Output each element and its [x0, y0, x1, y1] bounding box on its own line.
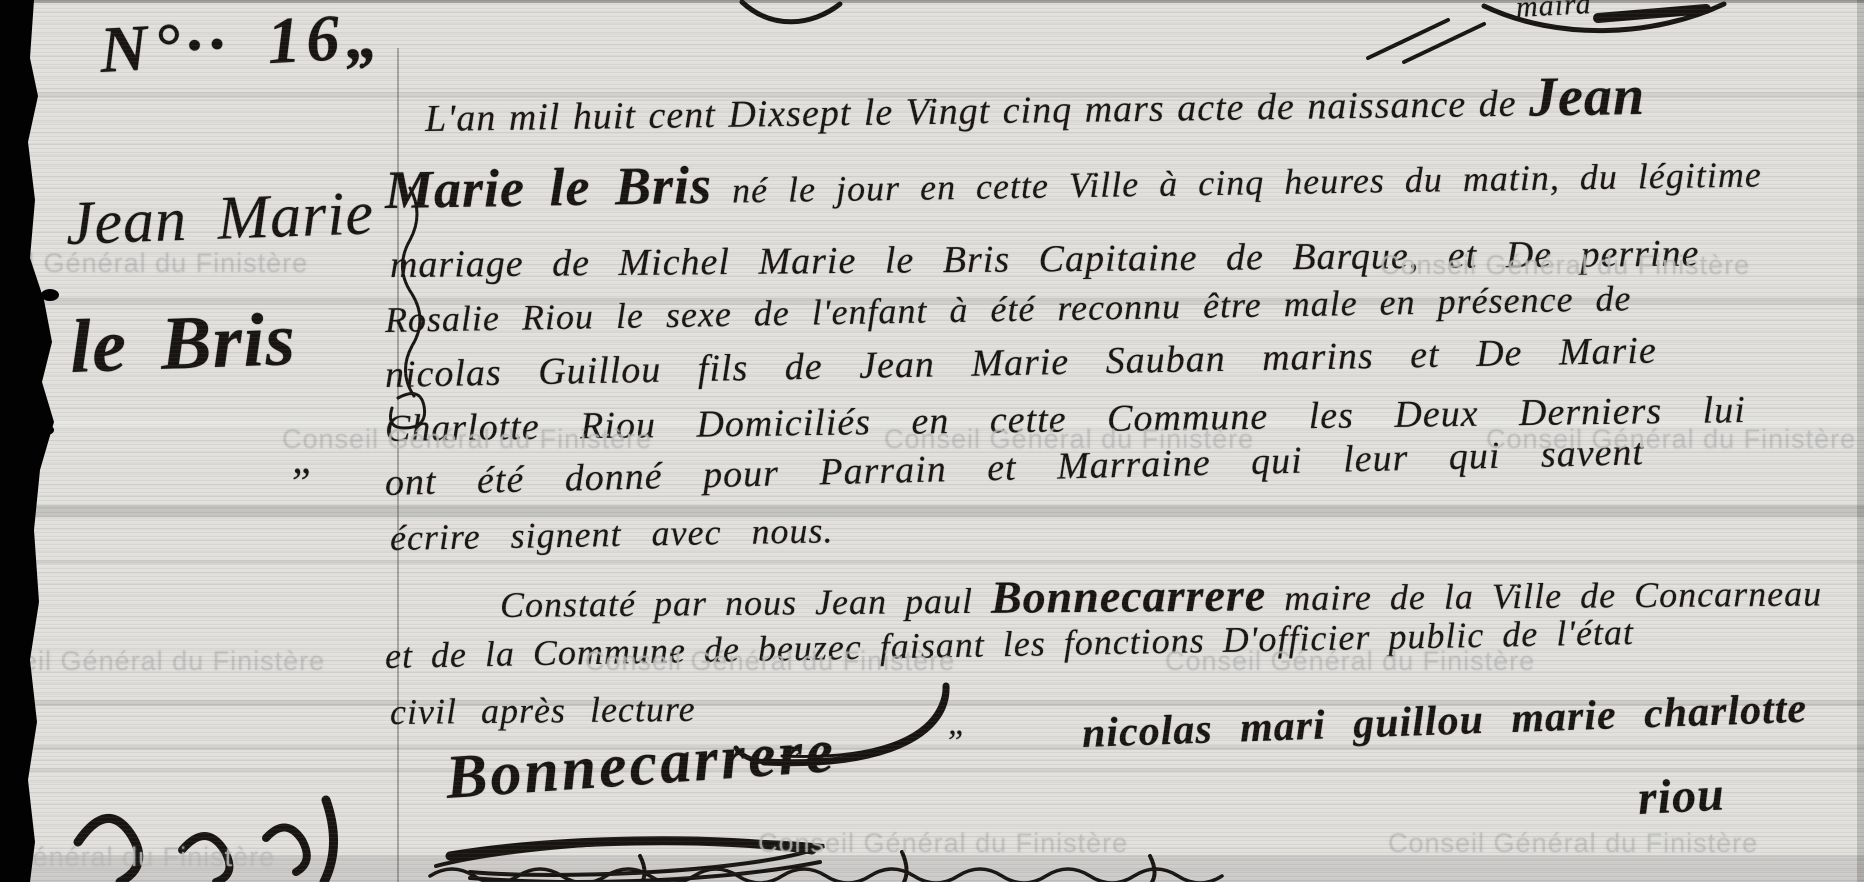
next-record-stroke-3 — [266, 827, 307, 872]
act-line-3: mariage de Michel Marie le Bris Capitain… — [390, 235, 1700, 286]
torn-edge-blob — [40, 425, 54, 435]
next-record-stroke-4 — [324, 800, 334, 882]
next-line-tops — [430, 869, 1222, 882]
next-line-ascender-3 — [1150, 856, 1155, 882]
birth-name-rest: Marie le Bris — [385, 155, 713, 220]
act-line-5: nicolas Guillou fils de Jean Marie Sauba… — [385, 332, 1658, 396]
record-number: N°·· 16„ — [98, 1, 386, 85]
top-edge-scribble: maird — [1515, 0, 1592, 23]
act-line-8: écrire signent avec nous. — [390, 512, 834, 558]
flourish-top-heavy-bar — [1598, 9, 1706, 18]
margin-name-line2: le Bris — [69, 300, 297, 388]
flourish-top-curve — [742, 2, 840, 22]
act-line-11: civil après lecture — [390, 691, 696, 732]
margin-ditto-mark: „ — [292, 438, 316, 482]
closing-quote-right: „ — [948, 706, 968, 742]
archive-watermark: Conseil Général du Finistère — [0, 646, 325, 677]
official-signature: Bonnecarrere — [444, 719, 838, 811]
torn-edge-blob — [41, 289, 59, 301]
scan-band — [0, 768, 1864, 772]
act-line-4: Rosalie Riou le sexe de l'enfant à été r… — [385, 280, 1632, 340]
act-line-2-text: né le jour en cette Ville à cinq heures … — [732, 154, 1762, 210]
next-line-ascender-1 — [640, 856, 645, 882]
torn-edge-shape — [0, 0, 54, 882]
scan-band — [0, 560, 1864, 564]
signature-paraph-2 — [436, 841, 824, 875]
act-line-9-post: maire de la Ville de Concarneau — [1284, 573, 1822, 618]
torn-left-edge — [0, 0, 70, 882]
registry-scan-page: N°·· 16„ Jean Marie le Bris „ L'an mil h… — [0, 0, 1864, 882]
act-line-2: Marie le Bris né le jour en cette Ville … — [385, 140, 1763, 218]
next-record-stroke-1 — [78, 818, 139, 882]
birth-name-first: Jean — [1529, 65, 1646, 129]
signature-paraph-1 — [450, 841, 812, 856]
scan-band — [0, 505, 1864, 517]
scan-band — [0, 745, 1864, 750]
archive-watermark: Conseil Général du Finistère — [0, 842, 275, 873]
flourish-top-diagonal-1 — [1368, 20, 1448, 58]
scan-band — [0, 855, 1864, 882]
act-line-1-text: L'an mil huit cent Dixsept le Vingt cinq… — [425, 83, 1517, 140]
signature-paraph-3 — [470, 862, 820, 882]
act-line-1: L'an mil huit cent Dixsept le Vingt cinq… — [425, 67, 1646, 143]
archive-watermark: Conseil Général du Finistère — [758, 828, 1128, 859]
witness-signature-line2: riou — [1637, 769, 1726, 824]
next-record-stroke-2 — [182, 836, 229, 882]
archive-watermark: Conseil Général du Finistère — [1388, 828, 1758, 859]
right-page-edge — [1857, 0, 1864, 882]
mayor-name: Bonnecarrere — [991, 569, 1267, 622]
next-line-ascender-2 — [902, 852, 907, 882]
act-line-9-pre: Constaté par nous Jean paul — [500, 581, 973, 625]
margin-name-line1: Jean Marie — [65, 181, 375, 257]
flourish-top-diagonal-2 — [1404, 24, 1484, 62]
witness-signature-line1: nicolas mari guillou marie charlotte — [1081, 687, 1808, 756]
